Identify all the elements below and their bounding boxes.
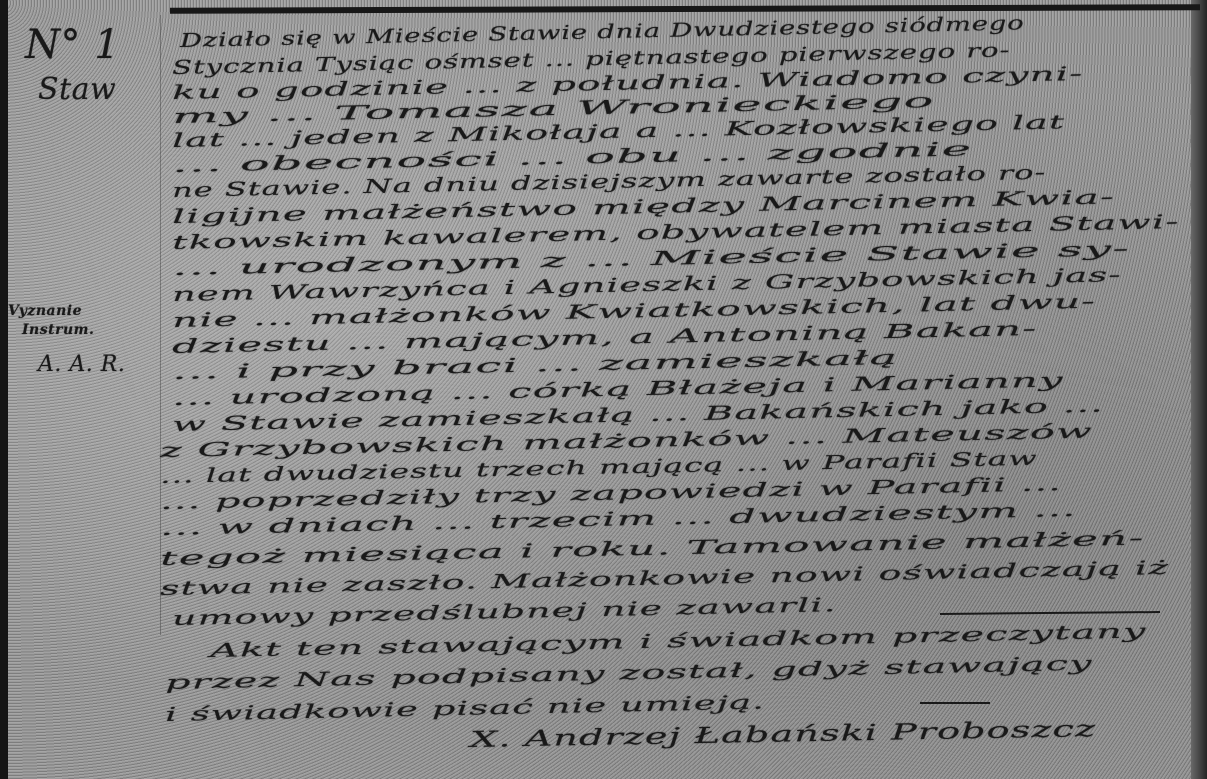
margin-note-line-3: A. A. R. <box>38 352 125 377</box>
line-end-flourish <box>940 611 1160 615</box>
margin-place-name: Staw <box>38 72 116 107</box>
page-right-border <box>1191 0 1207 779</box>
text-line-26: i świadkowie pisać nie umieją. <box>165 691 765 726</box>
margin-note-line-1: Vyznanie <box>8 303 82 319</box>
margin-rule <box>160 15 161 635</box>
margin-note-line-2: Instrum. <box>22 322 94 338</box>
entry-number: N° 1 <box>25 22 120 68</box>
text-line-23: umowy przedślubnej nie zawarli. <box>172 594 837 630</box>
page-left-border <box>0 0 8 779</box>
scanned-page: N° 1 Staw Vyznanie Instrum. A. A. R. Dzi… <box>0 0 1207 779</box>
line-end-flourish-2 <box>920 702 990 704</box>
priest-signature: X. Andrzej Łabański Proboszcz <box>470 717 1096 753</box>
top-ruled-line <box>170 4 1200 14</box>
